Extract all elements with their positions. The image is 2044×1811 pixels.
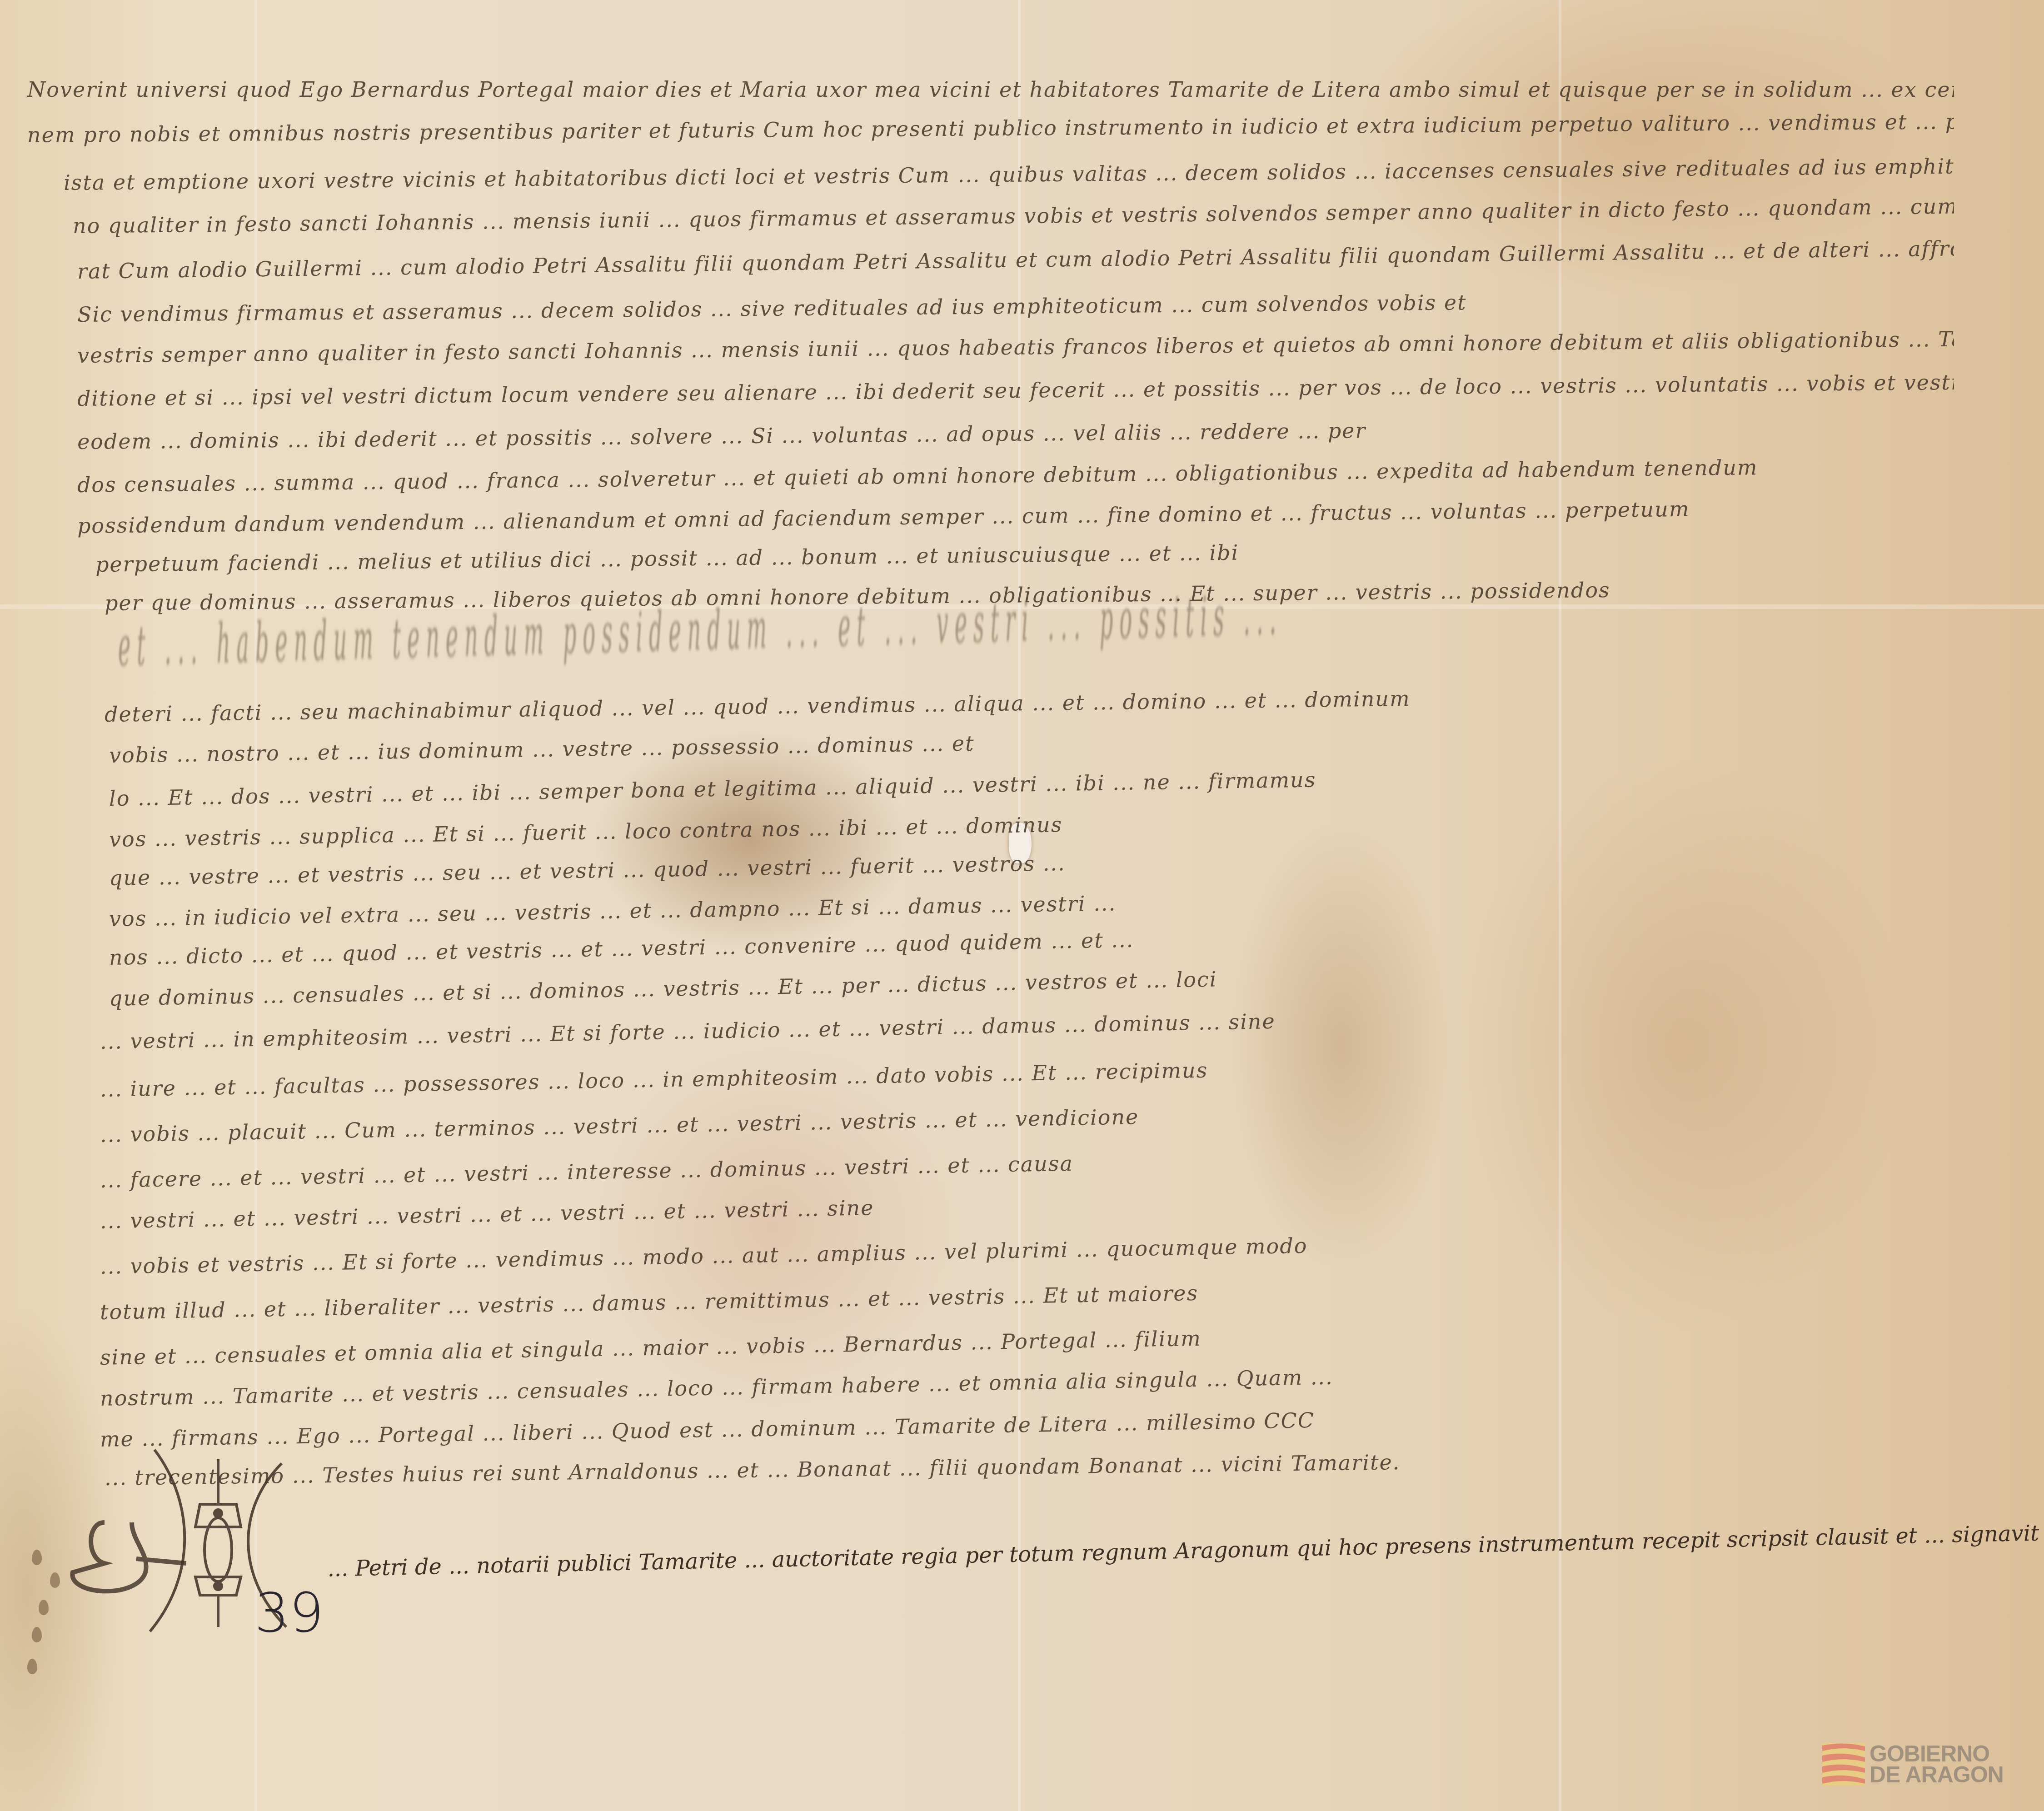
manuscript-line: no qualiter in festo sancti Iohannis ...… xyxy=(73,194,1954,238)
manuscript-line: Sic vendimus firmamus et asseramus ... d… xyxy=(77,290,1467,327)
manuscript-line: ista et emptione uxori vestre vicinis et… xyxy=(64,154,1954,195)
logo-line-2: DE ARAGON xyxy=(1870,1764,2004,1785)
aragon-flag-icon xyxy=(1822,1743,1865,1786)
manuscript-line: totum illud ... et ... liberaliter ... v… xyxy=(100,1281,1199,1324)
manuscript-line: nostrum ... Tamarite ... et vestris ... … xyxy=(100,1365,1333,1411)
manuscript-line: sine et ... censuales et omnia alia et s… xyxy=(100,1326,1202,1370)
manuscript-line: lo ... Et ... dos ... vestri ... et ... … xyxy=(109,767,1316,811)
manuscript-line: deteri ... facti ... seu machinabimur al… xyxy=(105,686,1411,727)
manuscript-line: ... vestri ... in emphiteosim ... vestri… xyxy=(100,1009,1276,1054)
manuscript-line: ... vobis ... placuit ... Cum ... termin… xyxy=(100,1104,1139,1147)
manuscript-line: possidendum dandum vendendum ... alienan… xyxy=(77,497,1690,538)
manuscript-line: vos ... vestris ... supplica ... Et si .… xyxy=(109,812,1063,852)
folio-number: 39 xyxy=(254,1582,324,1645)
manuscript-line: ... facere ... et ... vestri ... et ... … xyxy=(100,1151,1074,1192)
manuscript-line: ... iure ... et ... facultas ... possess… xyxy=(100,1058,1208,1102)
manuscript-line: ... vobis et vestris ... Et si forte ...… xyxy=(100,1233,1308,1279)
manuscript-line: que ... vestre ... et vestris ... seu ..… xyxy=(109,851,1066,890)
manuscript-line: rat Cum alodio Guillermi ... cum alodio … xyxy=(77,236,1954,284)
manuscript-line: Noverint universi quod Ego Bernardus Por… xyxy=(27,77,1954,102)
manuscript-line: perpetuum faciendi ... melius et utilius… xyxy=(95,540,1239,577)
manuscript-line: que dominus ... censuales ... et si ... … xyxy=(109,967,1217,1011)
manuscript-line: vestris semper anno qualiter in festo sa… xyxy=(77,327,1954,368)
manuscript-line: ditione et si ... ipsi vel vestri dictum… xyxy=(77,370,1954,411)
manuscript-line: nem pro nobis et omnibus nostris present… xyxy=(27,109,1954,147)
manuscript-line: vobis ... nostro ... et ... ius dominum … xyxy=(109,731,975,768)
gobierno-de-aragon-watermark: GOBIERNO DE ARAGON xyxy=(1822,1743,2004,1786)
manuscript-line: ... trecentesimo ... Testes huius rei su… xyxy=(105,1450,1401,1490)
manuscript-line: nos ... dicto ... et ... quod ... et ves… xyxy=(109,928,1134,970)
logo-line-1: GOBIERNO xyxy=(1870,1743,2004,1764)
manuscript-line: eodem ... dominis ... ibi dederit ... et… xyxy=(77,418,1366,454)
manuscript-line: dos censuales ... summa ... quod ... fra… xyxy=(77,455,1758,497)
manuscript-line: ... vestri ... et ... vestri ... vestri … xyxy=(100,1195,874,1233)
manuscript-line: vos ... in iudicio vel extra ... seu ...… xyxy=(109,891,1117,931)
